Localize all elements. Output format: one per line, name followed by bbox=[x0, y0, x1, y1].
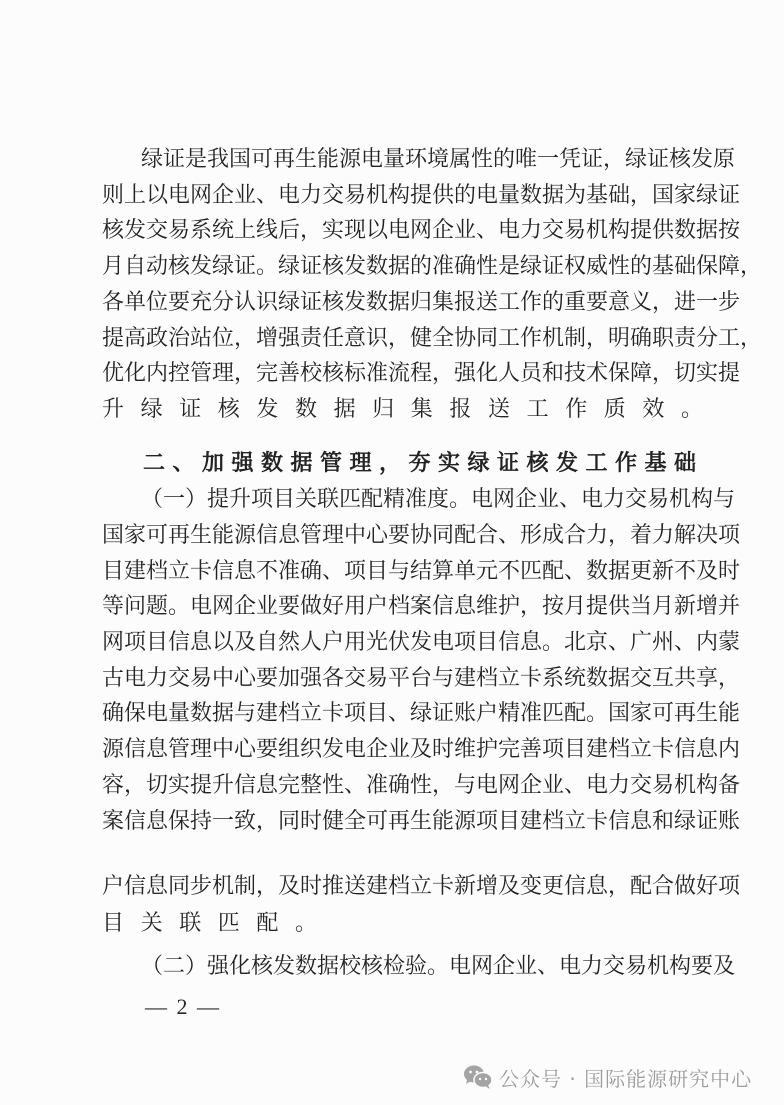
paragraph-3-line-1: （二）强化核发数据校核检验。电网企业、电力交易机构要及 bbox=[141, 952, 682, 982]
paragraph-2-line-1: （一）提升项目关联匹配精准度。电网企业、电力交易机构与 bbox=[141, 485, 682, 515]
paragraph-2-line-7: 确保电量数据与建档立卡项目、绿证账户精准匹配。国家可再生能 bbox=[102, 699, 682, 729]
paragraph-1-line-7: 优化内控管理，完善校核标准流程，强化人员和技术保障，切实提 bbox=[102, 359, 682, 389]
paragraph-2-line-10: 案信息保持一致，同时健全可再生能源项目建档立卡信息和绿证账 bbox=[102, 807, 682, 837]
paragraph-1-line-3: 核发交易系统上线后，实现以电网企业、电力交易机构提供数据按 bbox=[102, 216, 682, 246]
paragraph-1-line-5: 各单位要充分认识绿证核发数据归集报送工作的重要意义，进一步 bbox=[102, 288, 682, 318]
wechat-icon bbox=[463, 1064, 493, 1090]
paragraph-2-line-9: 容，切实提升信息完整性、准确性，与电网企业、电力交易机构备 bbox=[102, 771, 682, 801]
paragraph-2-line-3: 目建档立卡信息不准确、项目与结算单元不匹配、数据更新不及时 bbox=[102, 557, 682, 587]
paragraph-2-line-6: 古电力交易中心要加强各交易平台与建档立卡系统数据交互共享， bbox=[102, 664, 682, 694]
page-number: — 2 — bbox=[145, 994, 221, 1020]
paragraph-1-line-4: 月自动核发绿证。绿证核发数据的准确性是绿证权威性的基础保障， bbox=[102, 252, 682, 282]
paragraph-1-line-8: 升绿证核发数据归集报送工作质效。 bbox=[102, 395, 682, 425]
document-page: 绿证是我国可再生能源电量环境属性的唯一凭证，绿证核发原 则上以电网企业、电力交易… bbox=[0, 0, 784, 1105]
paragraph-1-line-2: 则上以电网企业、电力交易机构提供的电量数据为基础，国家绿证 bbox=[102, 181, 682, 211]
paragraph-2-line-11: 户信息同步机制，及时推送建档立卡新增及变更信息，配合做好项 bbox=[102, 872, 682, 902]
paragraph-2-line-2: 国家可再生能源信息管理中心要协同配合、形成合力，着力解决项 bbox=[102, 521, 682, 551]
watermark-text: 公众号 · 国际能源研究中心 bbox=[499, 1063, 752, 1092]
wechat-watermark: 公众号 · 国际能源研究中心 bbox=[463, 1062, 752, 1092]
paragraph-2-line-12: 目关联匹配。 bbox=[102, 909, 682, 939]
paragraph-2-line-4: 等问题。电网企业要做好用户档案信息维护，按月提供当月新增并 bbox=[102, 592, 682, 622]
paragraph-2-line-5: 网项目信息以及自然人户用光伏发电项目信息。北京、广州、内蒙 bbox=[102, 628, 682, 658]
paragraph-1-line-1: 绿证是我国可再生能源电量环境属性的唯一凭证，绿证核发原 bbox=[141, 145, 682, 175]
paragraph-1-line-6: 提高政治站位，增强责任意识，健全协同工作机制，明确职责分工， bbox=[102, 324, 682, 354]
section-heading: 二、加强数据管理，夯实绿证核发工作基础 bbox=[143, 449, 543, 479]
paragraph-2-line-8: 源信息管理中心要组织发电企业及时维护完善项目建档立卡信息内 bbox=[102, 735, 682, 765]
